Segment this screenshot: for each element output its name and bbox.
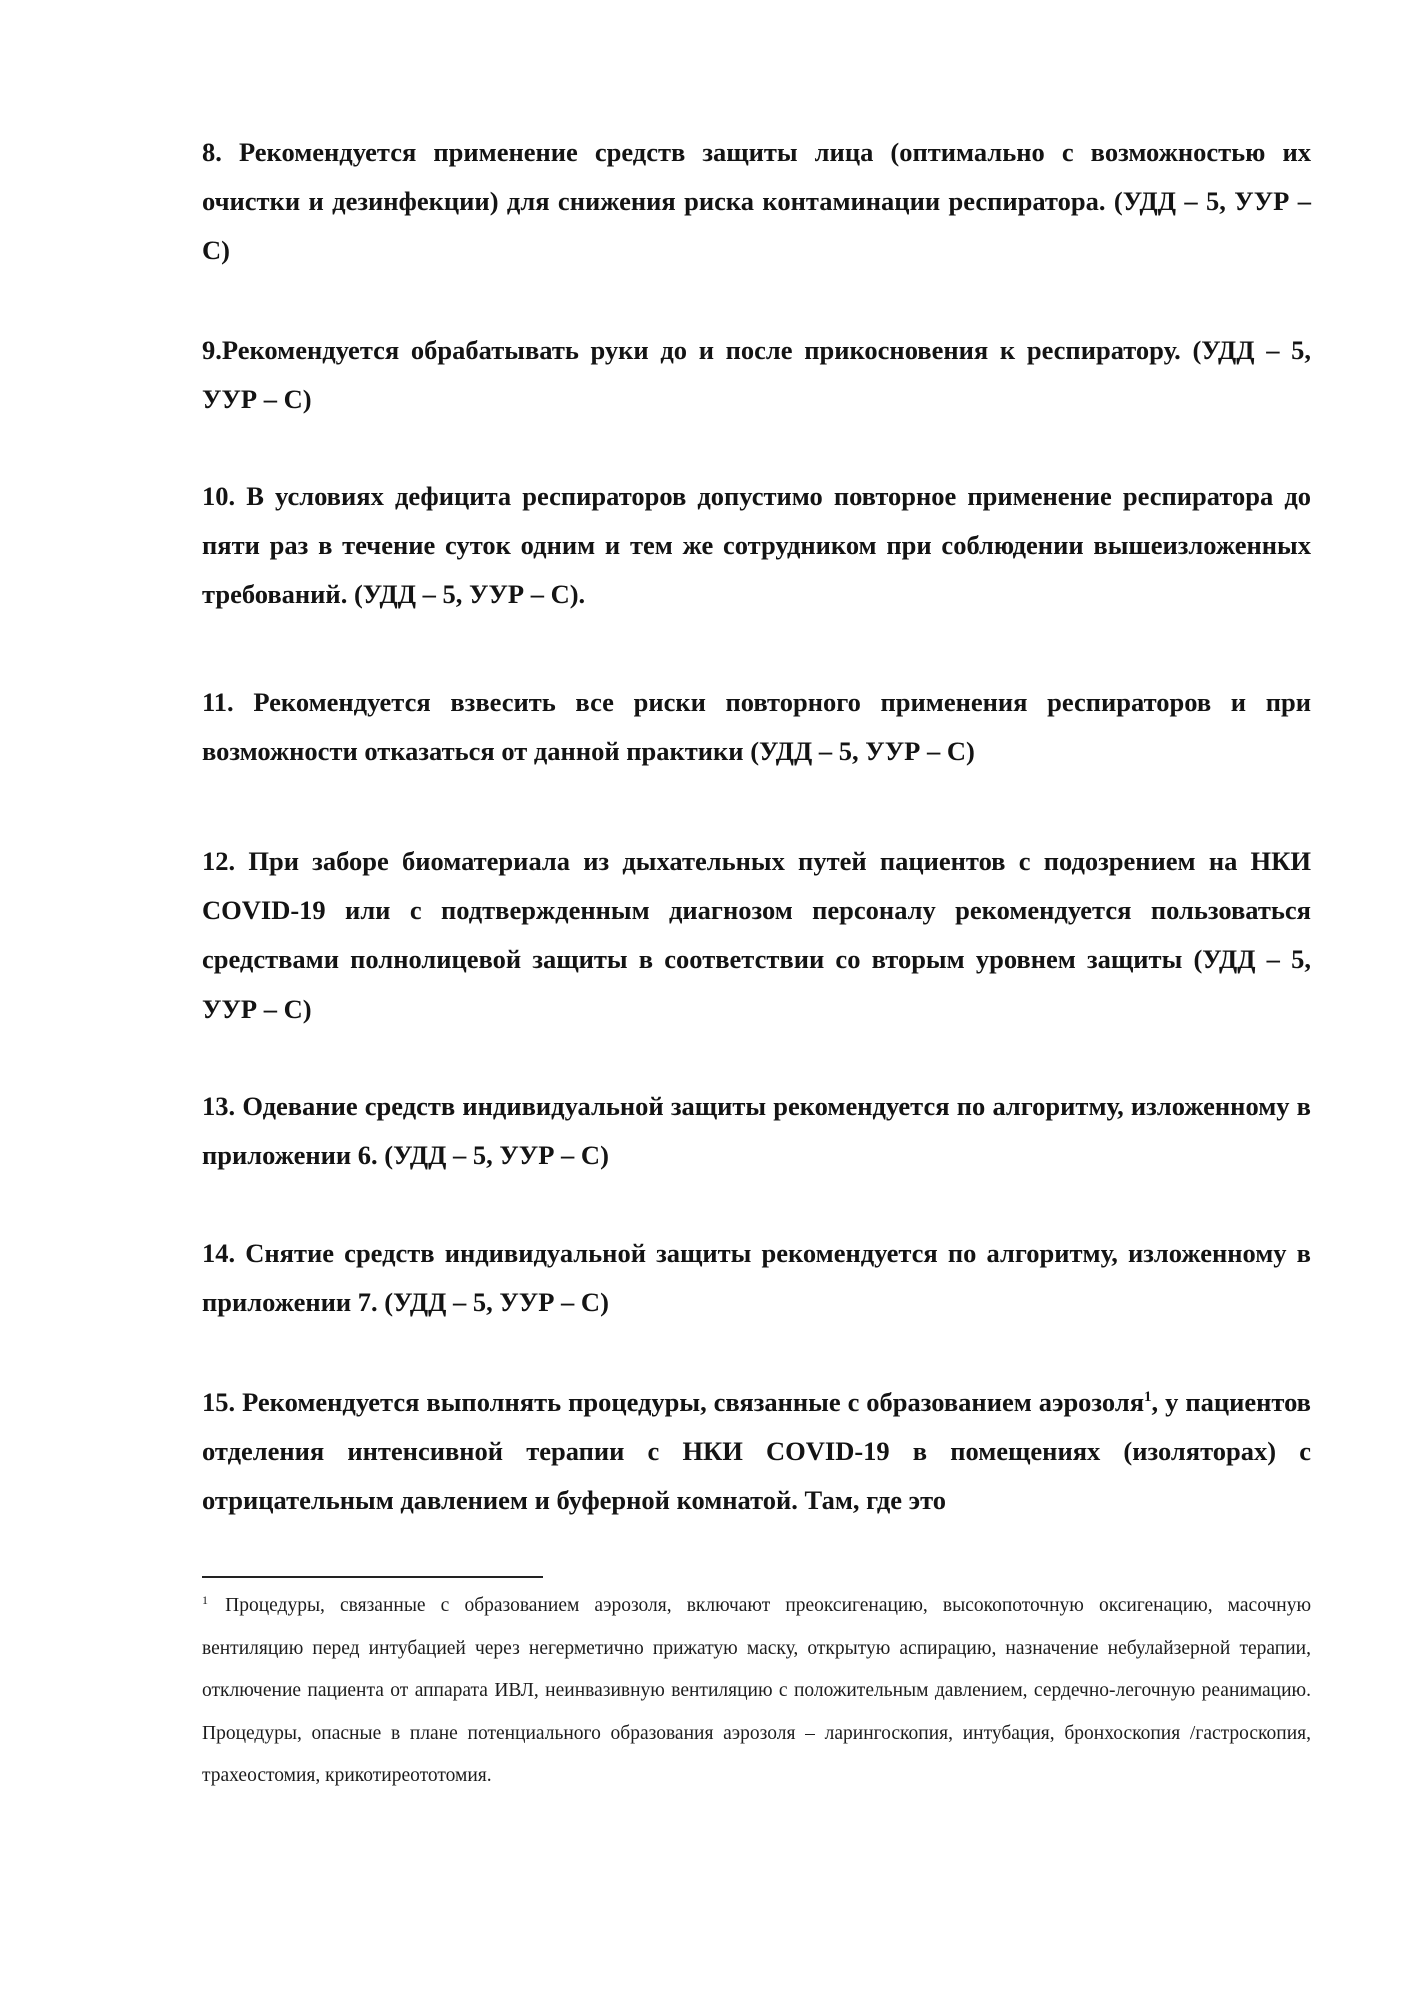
paragraph-13: 13. Одевание средств индивидуальной защи…: [202, 1082, 1311, 1180]
paragraph-15-text-a: 15. Рекомендуется выполнять процедуры, с…: [202, 1387, 1144, 1417]
paragraph-12: 12. При заборе биоматериала из дыхательн…: [202, 837, 1311, 1034]
paragraph-8: 8. Рекомендуется применение средств защи…: [202, 128, 1311, 276]
paragraph-11: 11. Рекомендуется взвесить все риски пов…: [202, 678, 1311, 776]
footnote: 1 Процедуры, связанные с образованием аэ…: [202, 1585, 1311, 1798]
footnote-separator: [202, 1576, 543, 1578]
paragraph-14: 14. Снятие средств индивидуальной защиты…: [202, 1229, 1311, 1327]
document-page: 8. Рекомендуется применение средств защи…: [0, 0, 1413, 2000]
paragraph-10: 10. В условиях дефицита респираторов доп…: [202, 472, 1311, 620]
paragraph-15: 15. Рекомендуется выполнять процедуры, с…: [202, 1378, 1311, 1526]
footnote-mark: 1: [202, 1593, 208, 1607]
footnote-text: Процедуры, связанные с образованием аэро…: [202, 1595, 1311, 1786]
paragraph-9: 9.Рекомендуется обрабатывать руки до и п…: [202, 326, 1311, 424]
footnote-reference[interactable]: 1: [1144, 1389, 1152, 1405]
